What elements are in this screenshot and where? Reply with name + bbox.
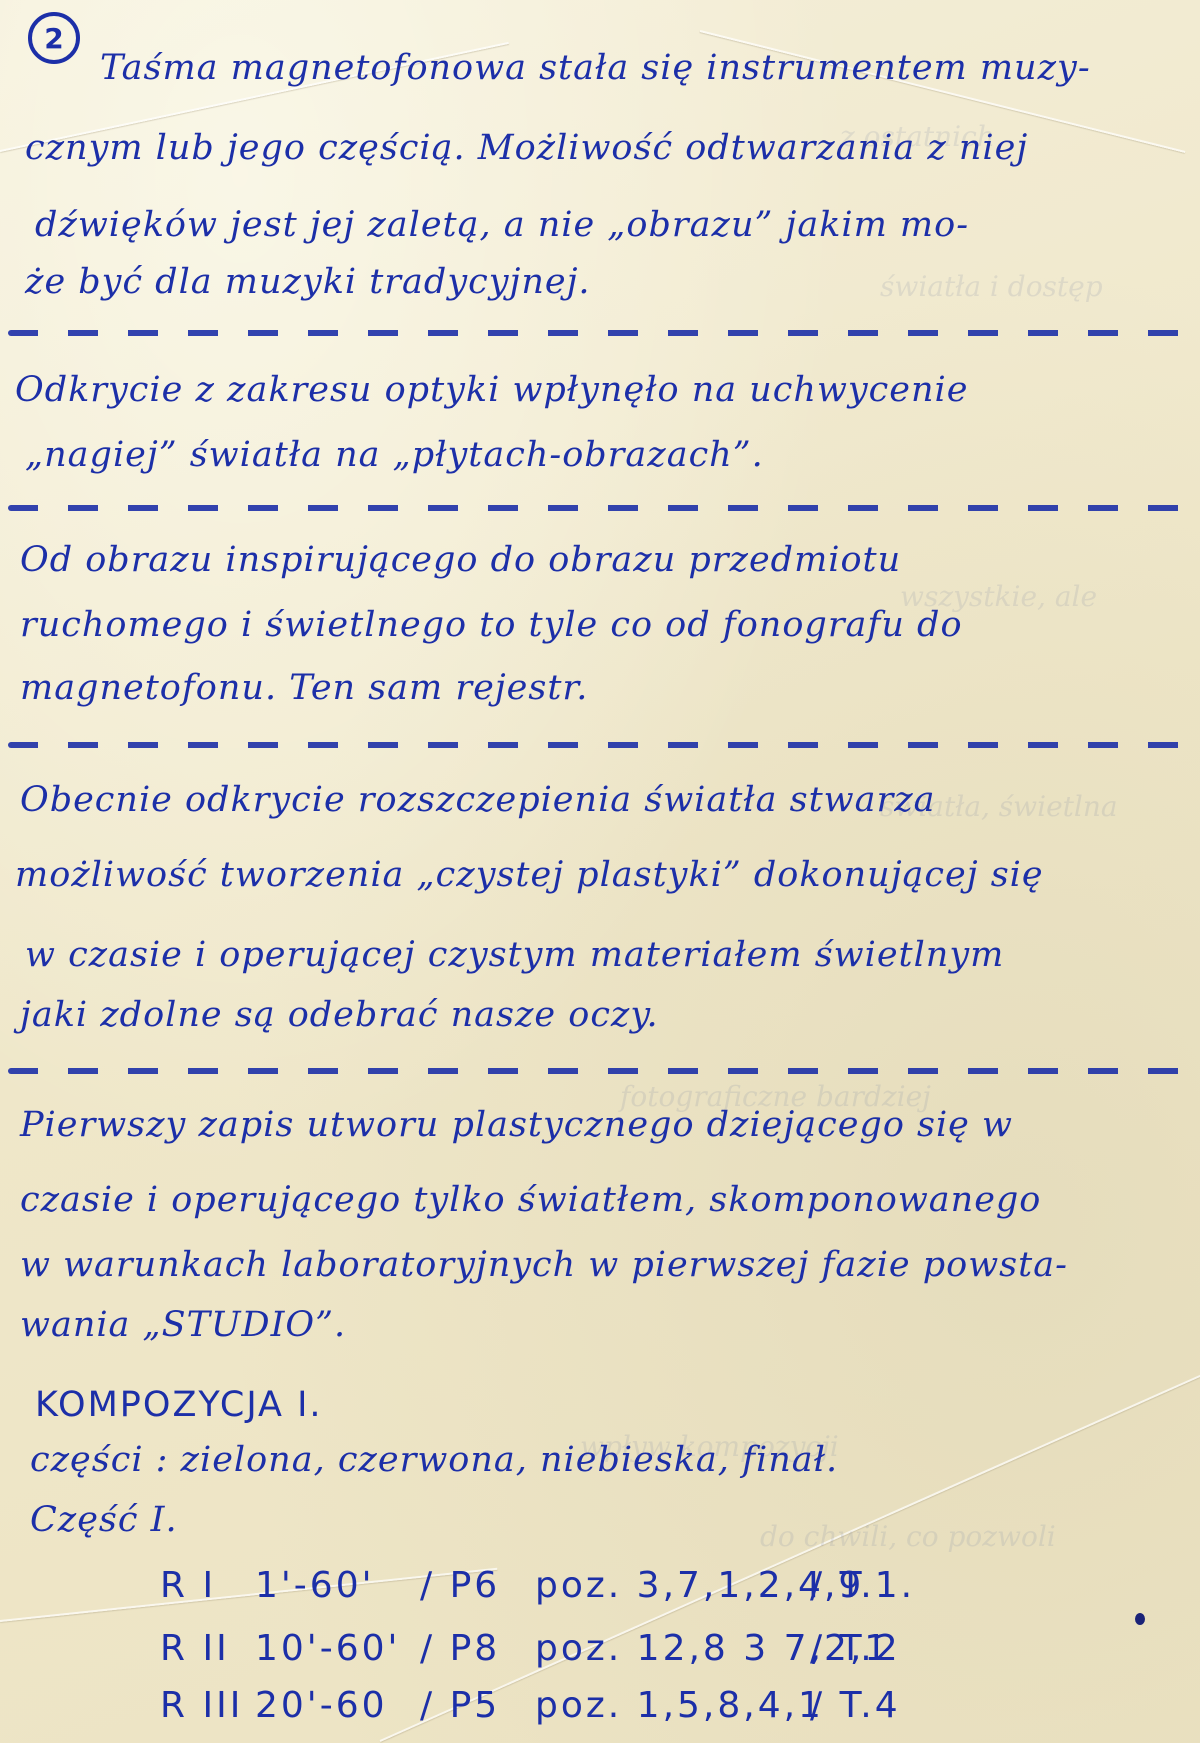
text-line: że być dla muzyki tradycyjnej. [25,262,591,302]
text-line: Obecnie odkrycie rozszczepienia światła … [20,780,936,820]
composition-part-label: Część I. [30,1500,178,1540]
text-line: cznym lub jego częścią. Możliwość odtwar… [25,128,1028,168]
text-line: Od obrazu inspirującego do obrazu przedm… [20,540,901,580]
row-time: 20'-60 [255,1685,388,1726]
row-time: 1'-60' [255,1565,375,1606]
dashed-divider [8,1068,1188,1074]
page-number-circle: 2 [28,12,80,64]
text-line: wania „STUDIO”. [20,1305,346,1345]
text-line: w warunkach laboratoryjnych w pierwszej … [20,1245,1068,1285]
text-line: Taśma magnetofonowa stała się instrument… [100,48,1091,88]
text-line: w czasie i operującej czystym materiałem… [25,935,1004,975]
row-label: R I [160,1565,216,1606]
text-line: Odkrycie z zakresu optyki wpłynęło na uc… [15,370,968,410]
text-line: magnetofonu. Ten sam rejestr. [20,668,588,708]
row-label: R III [160,1685,243,1726]
text-line: dźwięków jest jej zaletą, a nie „obrazu”… [35,205,969,245]
row-track: / T.4 [810,1685,901,1726]
row-label: R II [160,1628,230,1669]
row-time: 10'-60' [255,1628,400,1669]
bleed-through-text: do chwili, co pozwoli [760,1520,1056,1553]
row-track: / T.1. [810,1565,915,1606]
text-line: ruchomego i świetlnego to tyle co od fon… [20,605,963,645]
dashed-divider [8,505,1188,511]
composition-title: KOMPOZYCJA I. [35,1385,323,1425]
text-line: czasie i operującego tylko światłem, sko… [20,1180,1041,1220]
text-line: „nagiej” światła na „płytach-obrazach”. [25,435,764,475]
text-line: możliwość tworzenia „czystej plastyki” d… [15,855,1044,895]
ink-blot [1135,1613,1145,1625]
composition-parts: części : zielona, czerwona, niebieska, f… [30,1440,838,1480]
text-line: jaki zdolne są odebrać nasze oczy. [20,995,659,1035]
row-plate: / P5 [420,1685,500,1726]
row-plate: / P8 [420,1628,500,1669]
row-track: / T.2 [810,1628,901,1669]
row-plate: / P6 [420,1565,500,1606]
text-line: Pierwszy zapis utworu plastycznego dziej… [20,1105,1013,1145]
row-positions: poz. 1,5,8,4,1 [535,1685,824,1726]
bleed-through-text: światła i dostęp [880,270,1103,303]
dashed-divider [8,742,1188,748]
dashed-divider [8,330,1188,336]
